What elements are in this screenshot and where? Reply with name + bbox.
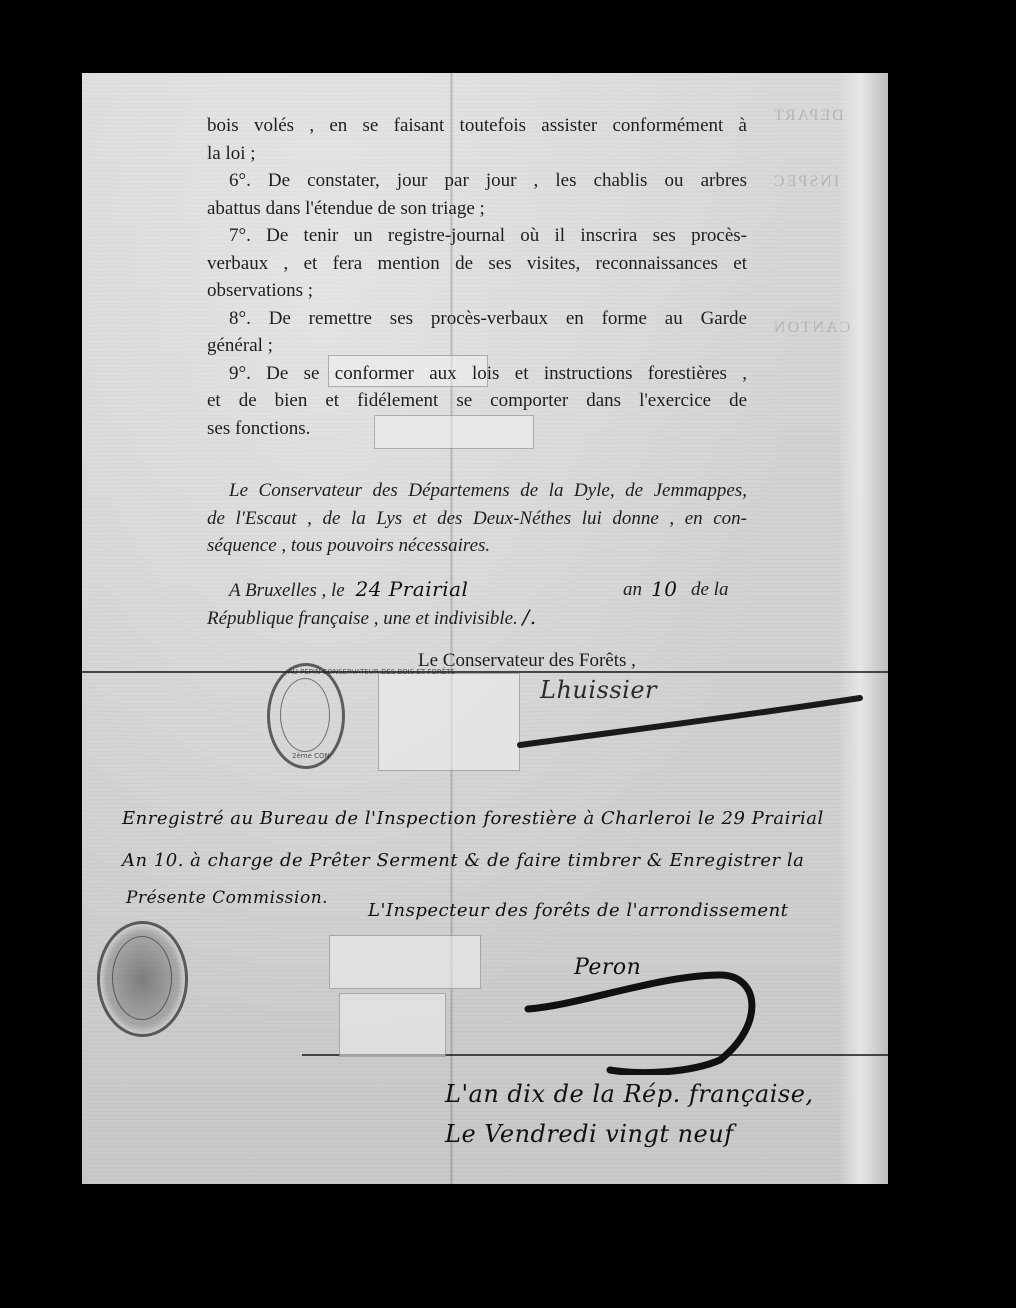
registration-line-3: Présente Commission. (126, 888, 328, 908)
text-line: observations ; (207, 277, 747, 305)
repair-patch (378, 673, 520, 771)
handwritten-date: 24 Prairial (355, 577, 468, 601)
text-line: bois volés , en se faisant toutefois ass… (207, 112, 747, 140)
date-line: A Bruxelles , le 24 Prairial an 10 de la (207, 576, 747, 605)
article-6: 6°. De constater, jour par jour , les ch… (207, 167, 747, 195)
article-7: 7°. De tenir un registre-journal où il i… (207, 222, 747, 250)
signature-paraph (520, 965, 760, 1075)
ghost-text: INSPEC (772, 173, 839, 191)
text-line: la loi ; (207, 140, 747, 168)
repair-patch (329, 935, 481, 989)
text-line: général ; (207, 332, 747, 360)
text-line: ses fonctions. (207, 415, 747, 443)
registration-line-2: An 10. à charge de Prêter Serment & de f… (122, 850, 804, 871)
signature-title: Le Conservateur des Forêts , (418, 647, 718, 675)
republic-line: République française , une et indivisibl… (207, 604, 747, 633)
text-line: abattus dans l'étendue de son triage ; (207, 195, 747, 223)
repair-patch (339, 993, 446, 1057)
wax-seal (97, 921, 188, 1037)
article-9: 9°. De se conformer aux lois et instruct… (207, 360, 747, 388)
signature-flourish (510, 690, 870, 750)
inspector-title: L'Inspecteur des forêts de l'arrondissem… (368, 900, 788, 921)
ghost-text: CANTON (772, 319, 850, 337)
text-line: et de bien et fidélement se comporter da… (207, 387, 747, 415)
handwritten-year: 10 (651, 576, 677, 604)
stamp-seal: AU PEPIN CONSERVATEUR DES BOIS ET FORÊTS… (267, 663, 345, 769)
ghost-text: DEPART (772, 107, 844, 125)
printed-articles: bois volés , en se faisant toutefois ass… (207, 112, 747, 442)
oath-line-1: L'an dix de la Rép. française, (445, 1080, 814, 1108)
registration-line-1: Enregistré au Bureau de l'Inspection for… (122, 808, 824, 829)
page-right-edge (838, 73, 888, 1184)
conservateur-paragraph: Le Conservateur des Départemens de la Dy… (207, 477, 747, 560)
text-line: verbaux , et fera mention de ses visites… (207, 250, 747, 278)
oath-line-2: Le Vendredi vingt neuf (445, 1120, 734, 1148)
article-8: 8°. De remettre ses procès-verbaux en fo… (207, 305, 747, 333)
